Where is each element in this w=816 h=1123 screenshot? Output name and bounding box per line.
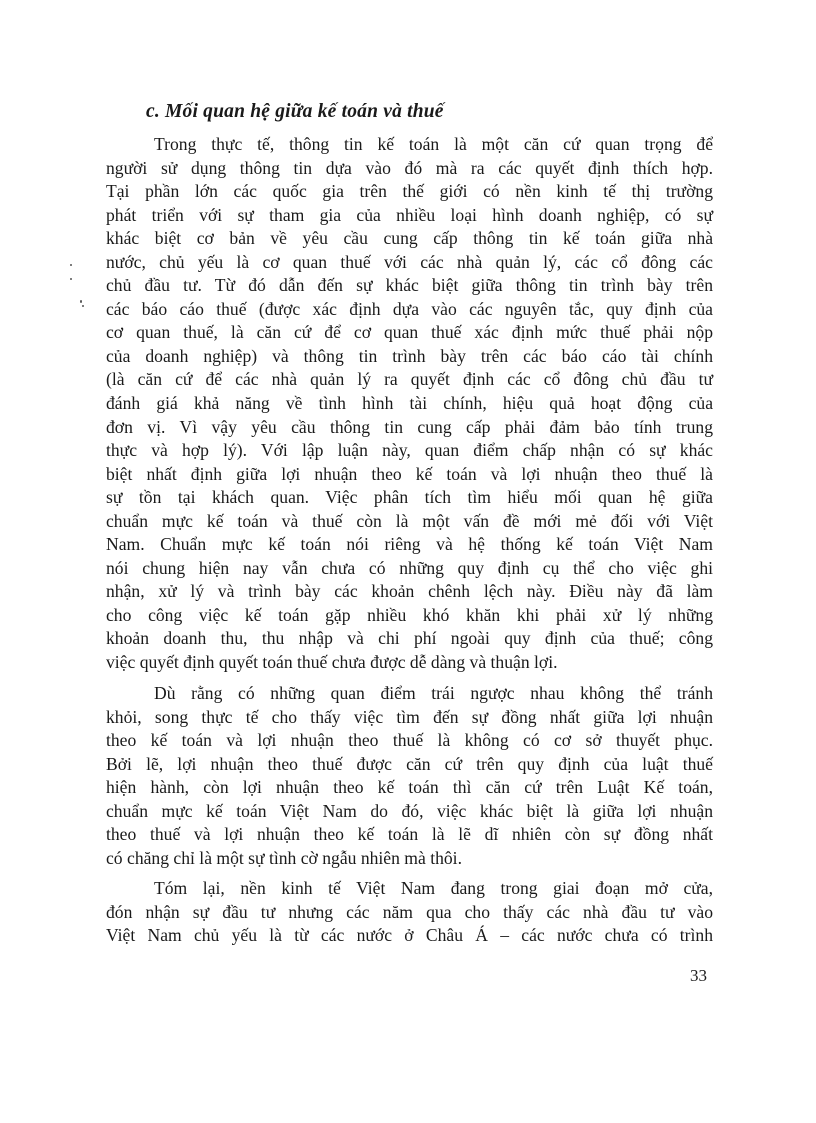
- text-line: theo thuế và lợi nhuận theo kế toán là l…: [106, 823, 713, 847]
- text-line: theo kế toán và lợi nhuận theo thuế là k…: [106, 729, 713, 753]
- text-line: chuẩn mực kế toán và thuế còn là một vấn…: [106, 510, 713, 534]
- text-line: có chăng chỉ là một sự tình cờ ngẫu nhiê…: [106, 847, 713, 871]
- text-line: chuẩn mực kế toán Việt Nam do đó, việc k…: [106, 800, 713, 824]
- text-line: thực và hợp lý). Với lập luận này, quan …: [106, 439, 713, 463]
- text-line: Tóm lại, nền kinh tế Việt Nam đang trong…: [106, 877, 713, 901]
- paragraph-3: Tóm lại, nền kinh tế Việt Nam đang trong…: [106, 877, 713, 948]
- text-line: Dù rằng có những quan điểm trái ngược nh…: [106, 682, 713, 706]
- text-line: Trong thực tế, thông tin kế toán là một …: [106, 133, 713, 157]
- scan-speck: [70, 264, 72, 266]
- text-line: nhận, xử lý và trình bày các khoản chênh…: [106, 580, 713, 604]
- text-line: đánh giá khả năng về tình hình tài chính…: [106, 392, 713, 416]
- document-page: c. Mối quan hệ giữa kế toán và thuế Tron…: [0, 0, 816, 1123]
- text-line: các báo cáo thuế (được xác định dựa vào …: [106, 298, 713, 322]
- scan-speck: [70, 278, 72, 280]
- text-line: Tại phần lớn các quốc gia trên thế giới …: [106, 180, 713, 204]
- text-line: người sử dụng thông tin dựa vào đó mà ra…: [106, 157, 713, 181]
- text-line: của doanh nghiệp) và thông tin trình bày…: [106, 345, 713, 369]
- scan-speck: [80, 300, 82, 303]
- scan-speck: [82, 305, 84, 307]
- text-line: nước, chủ yếu là cơ quan thuế với các nh…: [106, 251, 713, 275]
- text-line: khoản doanh thu, thu nhập và chi phí ngo…: [106, 627, 713, 651]
- text-line: Nam. Chuẩn mực kế toán nói riêng và hệ t…: [106, 533, 713, 557]
- page-number: 33: [690, 966, 707, 986]
- text-line: hiện hành, còn lợi nhuận theo kế toán th…: [106, 776, 713, 800]
- text-line: cơ quan thuế, là căn cứ để cơ quan thuế …: [106, 321, 713, 345]
- section-heading: c. Mối quan hệ giữa kế toán và thuế: [146, 101, 444, 123]
- text-line: biệt nhất định giữa lợi nhuận theo kế to…: [106, 463, 713, 487]
- text-line: khác biệt cơ bản về yêu cầu cung cấp thô…: [106, 227, 713, 251]
- text-line: Việt Nam chủ yếu là từ các nước ở Châu Á…: [106, 924, 713, 948]
- text-line: (là căn cứ để các nhà quản lý ra quyết đ…: [106, 368, 713, 392]
- text-line: phát triển với sự tham gia của nhiều loạ…: [106, 204, 713, 228]
- text-line: đơn vị. Vì vậy yêu cầu thông tin cung cấ…: [106, 416, 713, 440]
- paragraph-2: Dù rằng có những quan điểm trái ngược nh…: [106, 682, 713, 870]
- text-line: đón nhận sự đầu tư nhưng các năm qua cho…: [106, 901, 713, 925]
- text-line: việc quyết định quyết toán thuế chưa đượ…: [106, 651, 713, 675]
- text-line: chủ đầu tư. Từ đó dẫn đến sự khác biệt g…: [106, 274, 713, 298]
- text-line: sự tồn tại khách quan. Việc phân tích tì…: [106, 486, 713, 510]
- text-line: Bởi lẽ, lợi nhuận theo thuế được căn cứ …: [106, 753, 713, 777]
- text-line: cho công việc kế toán gặp nhiều khó khăn…: [106, 604, 713, 628]
- text-line: khỏi, song thực tế cho thấy việc tìm đến…: [106, 706, 713, 730]
- paragraph-1: Trong thực tế, thông tin kế toán là một …: [106, 133, 713, 675]
- text-line: nói chung hiện nay vẫn chưa có những quy…: [106, 557, 713, 581]
